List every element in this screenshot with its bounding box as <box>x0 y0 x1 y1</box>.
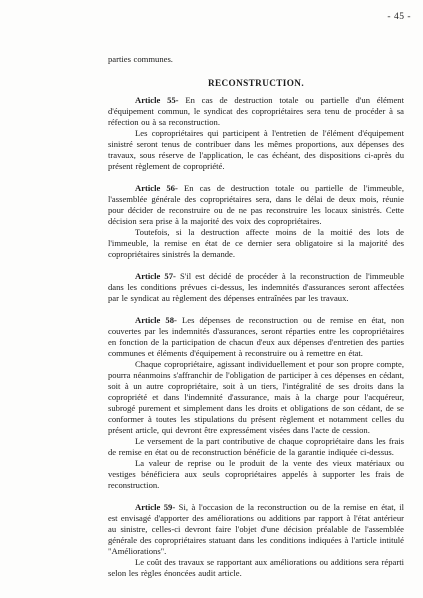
article-label: Article 58- <box>135 315 177 325</box>
article-paragraph: Toutefois, si la destruction affecte moi… <box>108 227 404 260</box>
article-paragraph: Le versement de la part contributive de … <box>108 436 404 458</box>
article-paragraph: Article 58- Les dépenses de reconstructi… <box>108 315 404 359</box>
page-content: parties communes. RECONSTRUCTION. Articl… <box>108 54 404 579</box>
page-number: - 45 - <box>387 12 411 22</box>
article-paragraph: Article 59- Si, à l'occasion de la recon… <box>108 502 404 557</box>
article-57: Article 57- S'il est décidé de procéder … <box>108 271 404 304</box>
article-paragraph: Article 57- S'il est décidé de procéder … <box>108 271 404 304</box>
section-heading: RECONSTRUCTION. <box>108 78 404 89</box>
article-label: Article 57- <box>135 271 176 281</box>
article-paragraph: La valeur de reprise ou le produit de la… <box>108 458 404 491</box>
article-label: Article 56- <box>135 183 178 193</box>
leading-paragraph: parties communes. <box>108 54 404 65</box>
article-label: Article 59- <box>135 502 175 512</box>
document-page: - 45 - parties communes. RECONSTRUCTION.… <box>0 0 423 598</box>
article-56: Article 56- En cas de destruction totale… <box>108 183 404 260</box>
article-55: Article 55- En cas de destruction totale… <box>108 95 404 172</box>
article-paragraph: Le coût des travaux se rapportant aux am… <box>108 557 404 579</box>
article-58: Article 58- Les dépenses de reconstructi… <box>108 315 404 491</box>
article-paragraph: Article 55- En cas de destruction totale… <box>108 95 404 128</box>
article-paragraph: Les copropriétaires qui participent à l'… <box>108 128 404 172</box>
article-paragraph: Chaque copropriétaire, agissant individu… <box>108 359 404 436</box>
article-59: Article 59- Si, à l'occasion de la recon… <box>108 502 404 579</box>
article-paragraph: Article 56- En cas de destruction totale… <box>108 183 404 227</box>
article-label: Article 55- <box>135 95 179 105</box>
